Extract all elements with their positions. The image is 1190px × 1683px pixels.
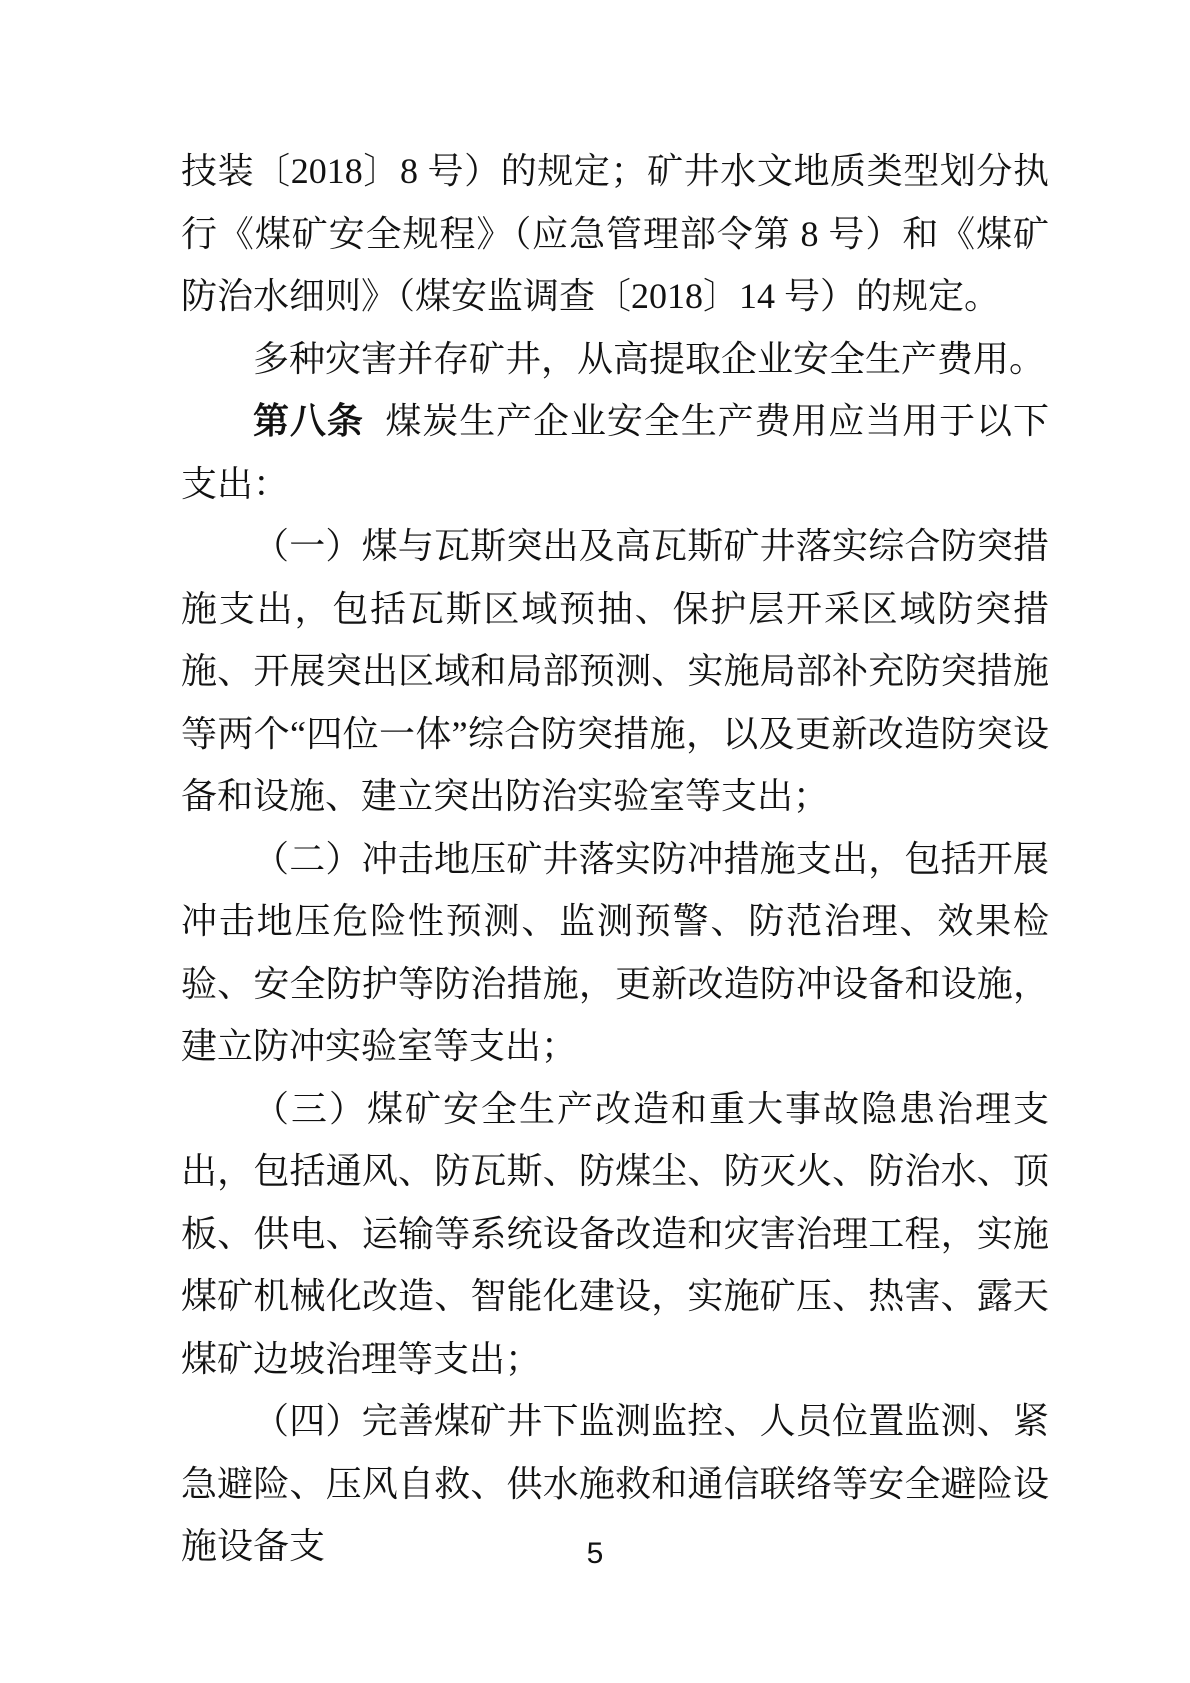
paragraph-item-1: （一）煤与瓦斯突出及高瓦斯矿井落实综合防突措施支出，包括瓦斯区域预抽、保护层开采… (181, 515, 1049, 828)
paragraph-text: （三）煤矿安全生产改造和重大事故隐患治理支出，包括通风、防瓦斯、防煤尘、防灭火、… (181, 1089, 1049, 1379)
document-body: 技装〔2018〕8 号）的规定；矿井水文地质类型划分执行《煤矿安全规程》（应急管… (181, 140, 1049, 1578)
paragraph-multi-hazard: 多种灾害并存矿井，从高提取企业安全生产费用。 (181, 328, 1049, 391)
paragraph-item-2: （二）冲击地压矿井落实防冲措施支出，包括开展冲击地压危险性预测、监测预警、防范治… (181, 828, 1049, 1078)
document-page: 技装〔2018〕8 号）的规定；矿井水文地质类型划分执行《煤矿安全规程》（应急管… (0, 0, 1190, 1683)
paragraph-text: （二）冲击地压矿井落实防冲措施支出，包括开展冲击地压危险性预测、监测预警、防范治… (181, 839, 1049, 1067)
page-number: 5 (0, 1534, 1190, 1574)
paragraph-regulation-reference: 技装〔2018〕8 号）的规定；矿井水文地质类型划分执行《煤矿安全规程》（应急管… (181, 140, 1049, 328)
paragraph-item-3: （三）煤矿安全生产改造和重大事故隐患治理支出，包括通风、防瓦斯、防煤尘、防灭火、… (181, 1078, 1049, 1391)
paragraph-text: （一）煤与瓦斯突出及高瓦斯矿井落实综合防突措施支出，包括瓦斯区域预抽、保护层开采… (181, 526, 1049, 816)
paragraph-text: 多种灾害并存矿井，从高提取企业安全生产费用。 (253, 339, 1045, 379)
article-number-label: 第八条 (253, 400, 364, 441)
paragraph-text: 技装〔2018〕8 号）的规定；矿井水文地质类型划分执行《煤矿安全规程》（应急管… (181, 151, 1049, 316)
paragraph-article-8: 第八条煤炭生产企业安全生产费用应当用于以下支出： (181, 390, 1049, 515)
